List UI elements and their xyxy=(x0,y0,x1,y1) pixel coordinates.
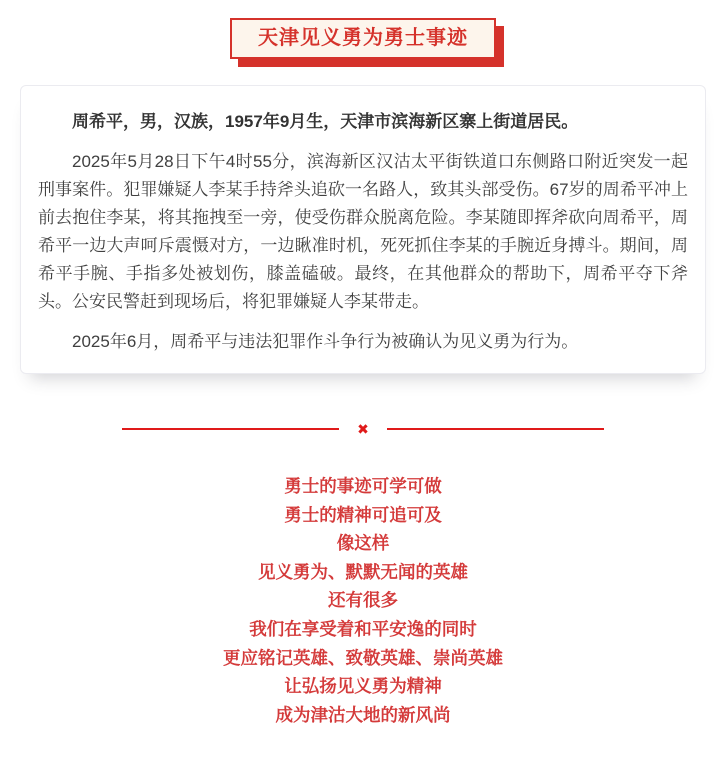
header: 天津见义勇为勇士事迹 xyxy=(0,0,726,59)
poem-line: 勇士的精神可追可及 xyxy=(0,501,726,530)
poem-line: 更应铭记英雄、致敬英雄、崇尚英雄 xyxy=(0,644,726,673)
article-page: { "page": { "background": "#ffffff", "ac… xyxy=(0,0,726,765)
divider-line-right xyxy=(387,428,604,430)
article-lead: 周希平，男，汉族，1957年9月生，天津市滨海新区寨上街道居民。 xyxy=(38,108,688,136)
article-card: 周希平，男，汉族，1957年9月生，天津市滨海新区寨上街道居民。 2025年5月… xyxy=(20,85,706,374)
section-divider: ✖ xyxy=(122,422,604,436)
poem-line: 像这样 xyxy=(0,529,726,558)
divider-line-left xyxy=(122,428,339,430)
article-paragraph: 2025年6月，周希平与违法犯罪作斗争行为被确认为见义勇为行为。 xyxy=(38,328,688,356)
poem-line: 我们在享受着和平安逸的同时 xyxy=(0,615,726,644)
cross-divider-icon: ✖ xyxy=(339,422,387,436)
poem-line: 还有很多 xyxy=(0,586,726,615)
poem-line: 见义勇为、默默无闻的英雄 xyxy=(0,558,726,587)
poem-block: 勇士的事迹可学可做 勇士的精神可追可及 像这样 见义勇为、默默无闻的英雄 还有很… xyxy=(0,472,726,765)
poem-line: 成为津沽大地的新风尚 xyxy=(0,701,726,730)
poem-line: 勇士的事迹可学可做 xyxy=(0,472,726,501)
poem-line: 让弘扬见义勇为精神 xyxy=(0,672,726,701)
article-paragraph: 2025年5月28日下午4时55分，滨海新区汉沽太平街铁道口东侧路口附近突发一起… xyxy=(38,148,688,316)
page-title: 天津见义勇为勇士事迹 xyxy=(230,18,496,59)
